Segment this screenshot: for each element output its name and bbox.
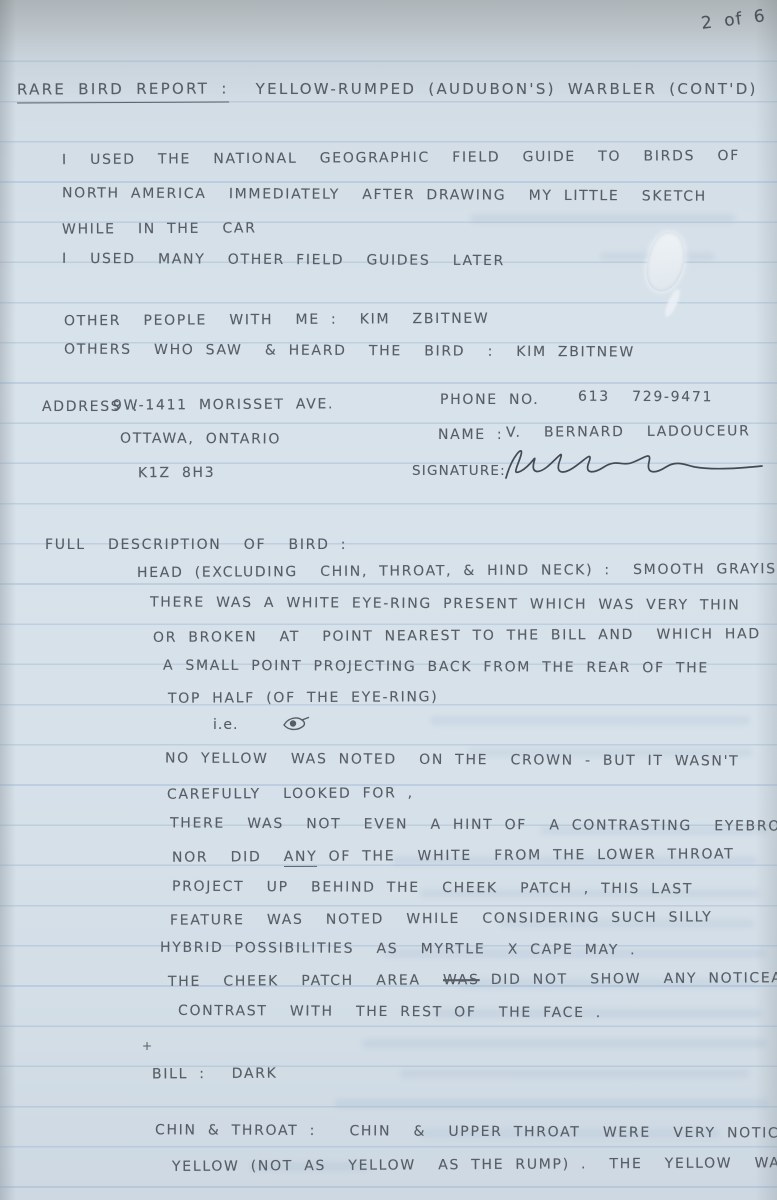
cheek-patch-line: THE CHEEK PATCH AREA WAS DID NOT SHOW AN… <box>168 970 777 990</box>
cheek-note-line: PROJECT UP BEHIND THE CHEEK PATCH , THIS… <box>172 879 693 898</box>
others-saw-heard-line: OTHERS WHO SAW & HEARD THE BIRD : KIM ZB… <box>64 342 635 361</box>
cheek-patch-post: DID NOT SHOW ANY NOTICEABLE <box>480 970 777 988</box>
nor-did-pre: NOR DID <box>172 849 284 866</box>
guide-note-line: I USED THE NATIONAL GEOGRAPHIC FIELD GUI… <box>62 148 740 168</box>
ie-label: i.e. <box>213 717 238 733</box>
bill-label: BILL : <box>152 1066 206 1082</box>
bleed-through-smudge <box>334 1099 769 1108</box>
bleed-through-smudge <box>362 1039 767 1048</box>
phone-label: PHONE NO. <box>440 392 539 408</box>
head-description-line: TOP HALF (OF THE EYE-RING) <box>168 689 438 707</box>
address-postal-code: K1Z 8H3 <box>138 465 215 481</box>
nor-did-line: NOR DID ANY OF THE WHITE FROM THE LOWER … <box>172 846 735 865</box>
nor-did-post: OF THE WHITE FROM THE LOWER THROAT <box>317 846 734 865</box>
report-title-label: RARE BIRD REPORT : <box>17 79 229 103</box>
name-label: NAME : <box>438 427 503 443</box>
cheek-patch-struck-word: WAS <box>443 972 480 988</box>
margin-mark: + <box>142 1039 154 1053</box>
address-city: OTTAWA, ONTARIO <box>120 431 281 448</box>
cheek-patch-pre: THE CHEEK PATCH AREA <box>168 972 443 990</box>
phone-value: 613 729-9471 <box>578 389 713 406</box>
scanned-report-page: 2 of 6 RARE BIRD REPORT :YELLOW-RUMPED (… <box>0 0 777 1200</box>
bleed-through-smudge <box>400 1069 750 1078</box>
guide-note-line: WHILE IN THE CAR <box>62 220 257 237</box>
eye-ring-sketch-icon <box>281 713 311 739</box>
cheek-note-line: FEATURE WAS NOTED WHILE CONSIDERING SUCH… <box>170 909 713 928</box>
eyebrow-note-line: THERE WAS NOT EVEN A HINT OF A CONTRASTI… <box>170 815 777 834</box>
head-description-line: A SMALL POINT PROJECTING BACK FROM THE R… <box>163 658 709 677</box>
guide-note-line: I USED MANY OTHER FIELD GUIDES LATER <box>62 251 505 269</box>
address-street: 9W-1411 MORISSET AVE. <box>113 396 334 413</box>
full-description-heading: FULL DESCRIPTION OF BIRD : <box>45 537 347 553</box>
nor-did-emphasis: ANY <box>284 849 318 867</box>
signature-label: SIGNATURE: <box>412 463 506 479</box>
crown-note-line: CAREFULLY LOOKED FOR , <box>167 785 414 803</box>
signature-scribble <box>496 438 771 494</box>
chin-throat-line: YELLOW (NOT AS YELLOW AS THE RUMP) . THE… <box>172 1155 777 1175</box>
head-description-line: HEAD (EXCLUDING CHIN, THROAT, & HIND NEC… <box>137 561 777 581</box>
hybrid-note-line: HYBRID POSSIBILITIES AS MYRTLE X CAPE MA… <box>160 940 636 958</box>
other-people-line: OTHER PEOPLE WITH ME : KIM ZBITNEW <box>64 311 490 330</box>
head-description-line: THERE WAS A WHITE EYE-RING PRESENT WHICH… <box>150 594 741 613</box>
bleed-through-smudge <box>430 716 750 725</box>
page-number: 2 of 6 <box>700 6 767 34</box>
guide-note-line: NORTH AMERICA IMMEDIATELY AFTER DRAWING … <box>62 185 707 204</box>
paper-damage-spot <box>641 229 690 296</box>
bleed-through-smudge <box>470 214 735 223</box>
bill-value: DARK <box>232 1066 278 1082</box>
contrast-line: CONTRAST WITH THE REST OF THE FACE . <box>178 1003 602 1021</box>
chin-throat-line: CHIN & THROAT : CHIN & UPPER THROAT WERE… <box>155 1122 777 1142</box>
report-title-subject: YELLOW-RUMPED (AUDUBON'S) WARBLER (CONT'… <box>256 80 758 98</box>
crown-note-line: NO YELLOW WAS NOTED ON THE CROWN - BUT I… <box>165 750 739 769</box>
report-title: RARE BIRD REPORT :YELLOW-RUMPED (AUDUBON… <box>17 80 758 103</box>
bill-line: BILL :DARK <box>152 1066 278 1083</box>
head-description-line: OR BROKEN AT POINT NEAREST TO THE BILL A… <box>153 626 761 646</box>
paper-damage-spot-tail <box>662 287 682 318</box>
